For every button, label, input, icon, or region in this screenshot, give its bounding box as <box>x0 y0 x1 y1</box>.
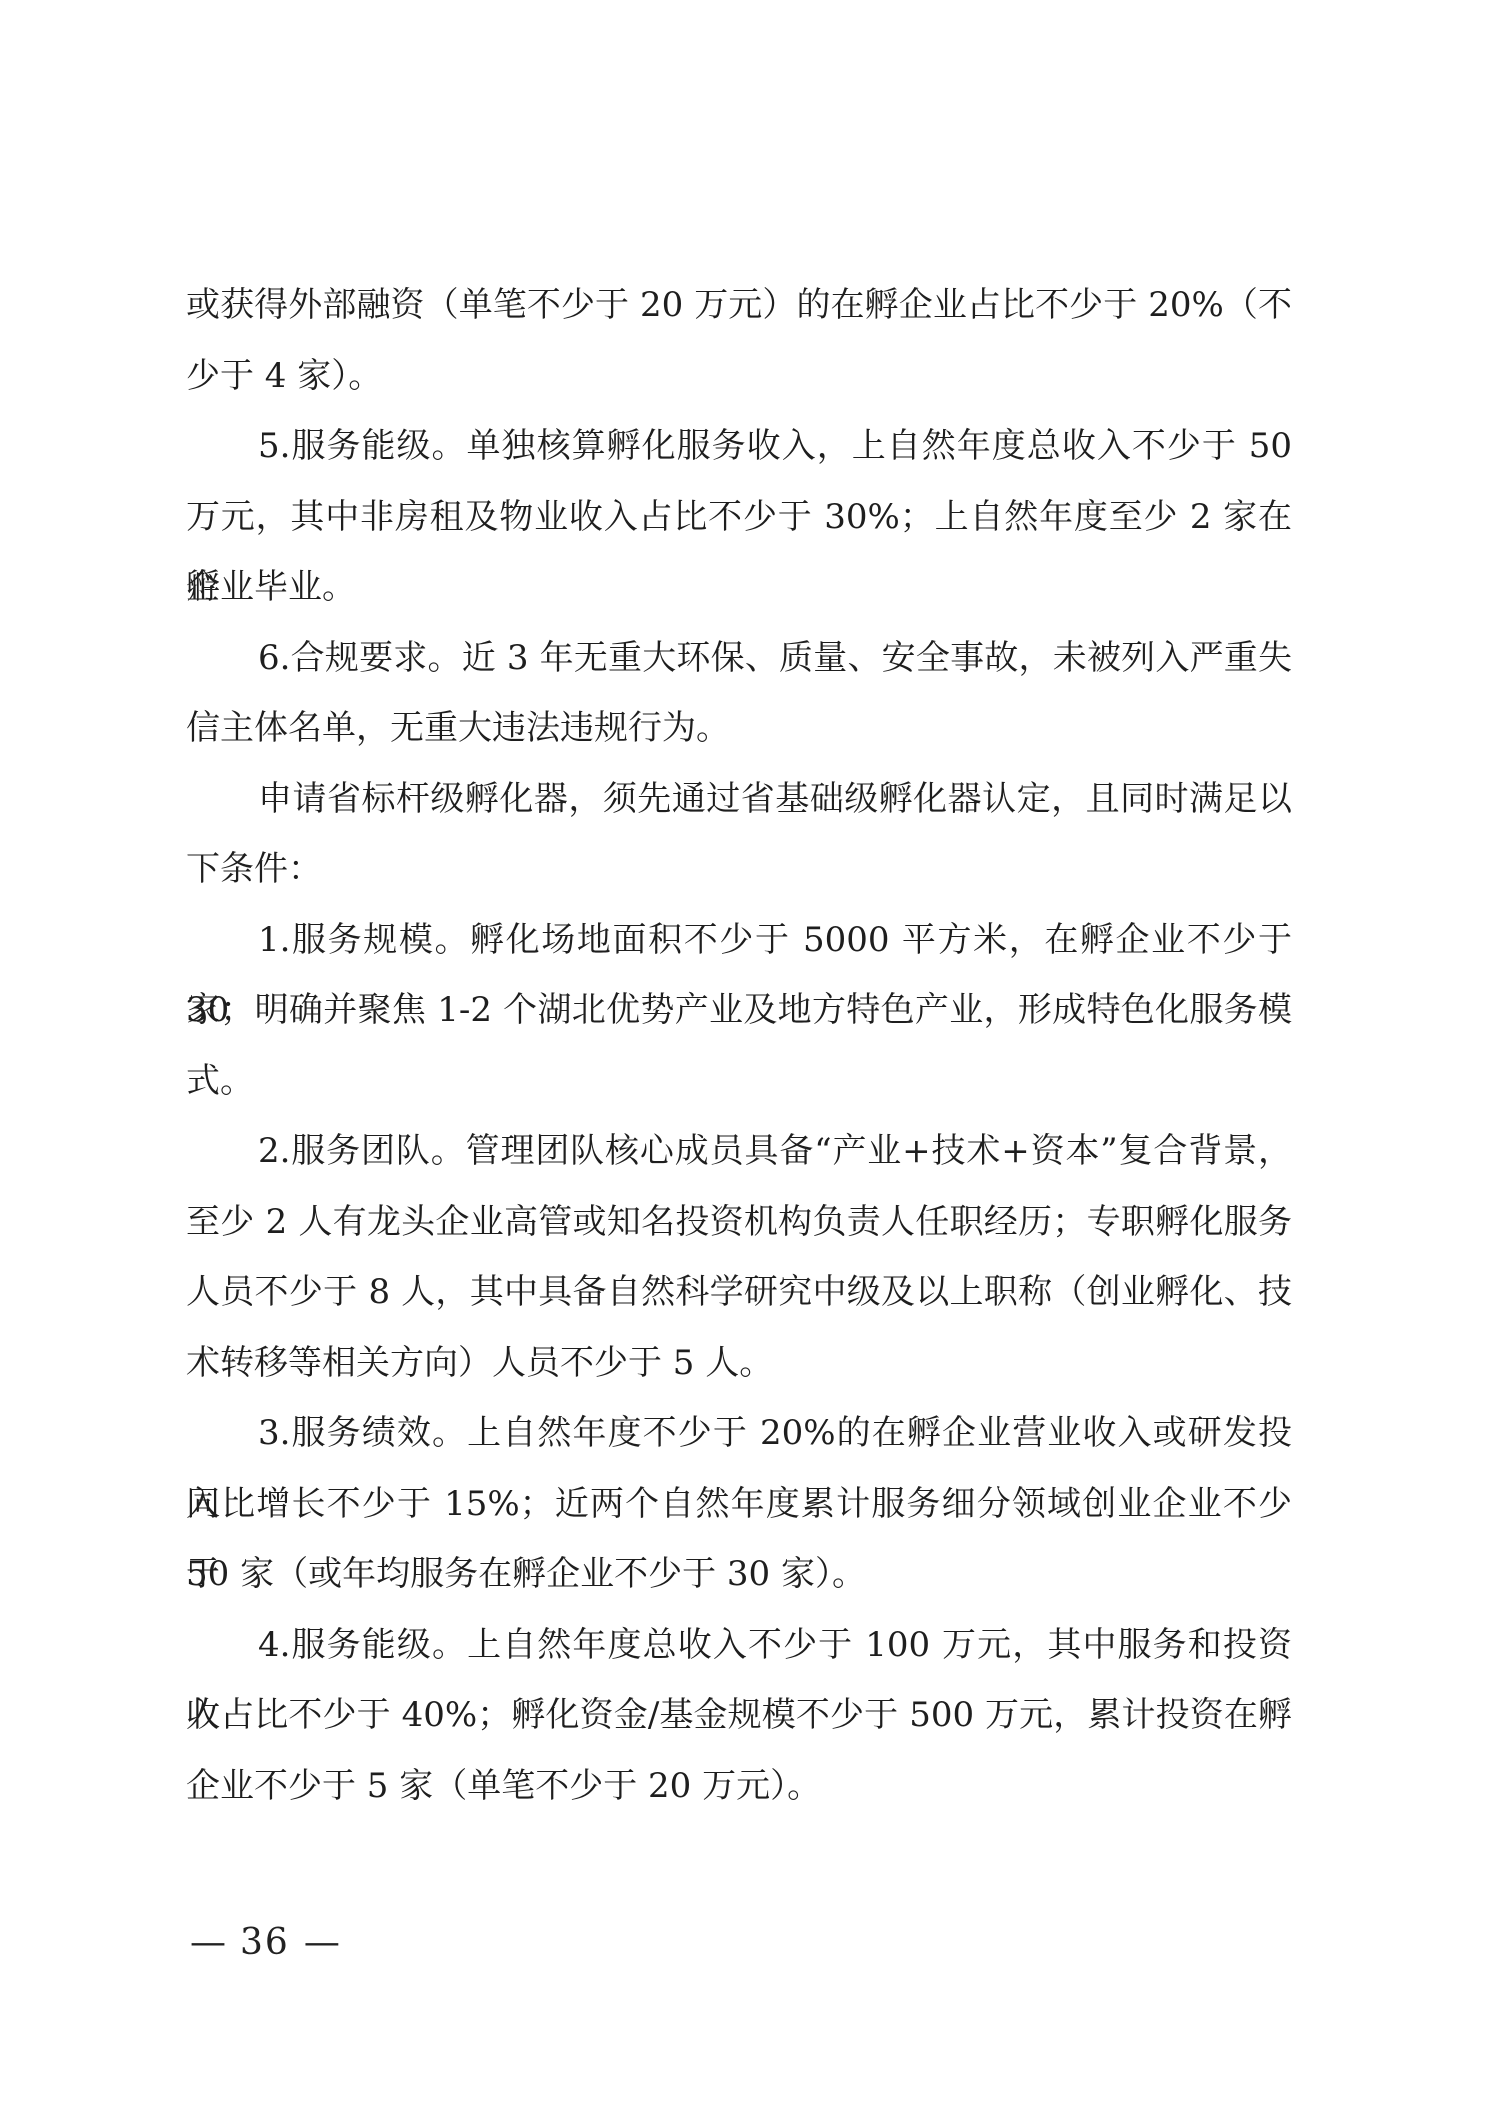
paragraph: 5.服务能级。单独核算孵化服务收入，上自然年度总收入不少于 50万元，其中非房租… <box>186 411 1292 623</box>
paragraph: 2.服务团队。管理团队核心成员具备“产业+技术+资本”复合背景，至少 2 人有龙… <box>186 1116 1292 1398</box>
text-line: 式。 <box>186 1046 1292 1117</box>
text-line: 4.服务能级。上自然年度总收入不少于 100 万元，其中服务和投资收 <box>186 1610 1292 1681</box>
text-line: 2.服务团队。管理团队核心成员具备“产业+技术+资本”复合背景， <box>186 1116 1292 1187</box>
page-footer: — 36 — <box>190 1918 340 1966</box>
text-line: 同比增长不少于 15%；近两个自然年度累计服务细分领域创业企业不少于 <box>186 1469 1292 1540</box>
page-number: 36 <box>240 1922 290 1963</box>
text-line: 家；明确并聚焦 1-2 个湖北优势产业及地方特色产业，形成特色化服务模 <box>186 975 1292 1046</box>
text-line: 企业毕业。 <box>186 552 1292 623</box>
text-line: 3.服务绩效。上自然年度不少于 20%的在孵企业营业收入或研发投入 <box>186 1398 1292 1469</box>
text-line: 申请省标杆级孵化器，须先通过省基础级孵化器认定，且同时满足以 <box>186 764 1292 835</box>
text-line: 5.服务能级。单独核算孵化服务收入，上自然年度总收入不少于 50 <box>186 411 1292 482</box>
text-line: 至少 2 人有龙头企业高管或知名投资机构负责人任职经历；专职孵化服务 <box>186 1187 1292 1258</box>
text-line: 或获得外部融资（单笔不少于 20 万元）的在孵企业占比不少于 20%（不 <box>186 270 1292 341</box>
text-line: 术转移等相关方向）人员不少于 5 人。 <box>186 1328 1292 1399</box>
paragraph: 或获得外部融资（单笔不少于 20 万元）的在孵企业占比不少于 20%（不少于 4… <box>186 270 1292 411</box>
text-line: 下条件： <box>186 834 1292 905</box>
text-line: 6.合规要求。近 3 年无重大环保、质量、安全事故，未被列入严重失 <box>186 623 1292 694</box>
paragraph: 6.合规要求。近 3 年无重大环保、质量、安全事故，未被列入严重失信主体名单，无… <box>186 623 1292 764</box>
document-page: 或获得外部融资（单笔不少于 20 万元）的在孵企业占比不少于 20%（不少于 4… <box>0 0 1486 2103</box>
text-line: 1.服务规模。孵化场地面积不少于 5000 平方米，在孵企业不少于 30 <box>186 905 1292 976</box>
text-line: 信主体名单，无重大违法违规行为。 <box>186 693 1292 764</box>
footer-dash-right: — <box>304 1922 340 1963</box>
text-line: 少于 4 家）。 <box>186 341 1292 412</box>
paragraph: 3.服务绩效。上自然年度不少于 20%的在孵企业营业收入或研发投入同比增长不少于… <box>186 1398 1292 1610</box>
paragraph: 申请省标杆级孵化器，须先通过省基础级孵化器认定，且同时满足以下条件： <box>186 764 1292 905</box>
footer-dash-left: — <box>190 1922 226 1963</box>
text-line: 企业不少于 5 家（单笔不少于 20 万元）。 <box>186 1751 1292 1822</box>
document-body: 或获得外部融资（单笔不少于 20 万元）的在孵企业占比不少于 20%（不少于 4… <box>186 270 1292 1821</box>
paragraph: 1.服务规模。孵化场地面积不少于 5000 平方米，在孵企业不少于 30家；明确… <box>186 905 1292 1117</box>
text-line: 人员不少于 8 人，其中具备自然科学研究中级及以上职称（创业孵化、技 <box>186 1257 1292 1328</box>
paragraph: 4.服务能级。上自然年度总收入不少于 100 万元，其中服务和投资收入占比不少于… <box>186 1610 1292 1822</box>
text-line: 50 家（或年均服务在孵企业不少于 30 家）。 <box>186 1539 1292 1610</box>
text-line: 入占比不少于 40%；孵化资金/基金规模不少于 500 万元，累计投资在孵 <box>186 1680 1292 1751</box>
text-line: 万元，其中非房租及物业收入占比不少于 30%；上自然年度至少 2 家在孵 <box>186 482 1292 553</box>
